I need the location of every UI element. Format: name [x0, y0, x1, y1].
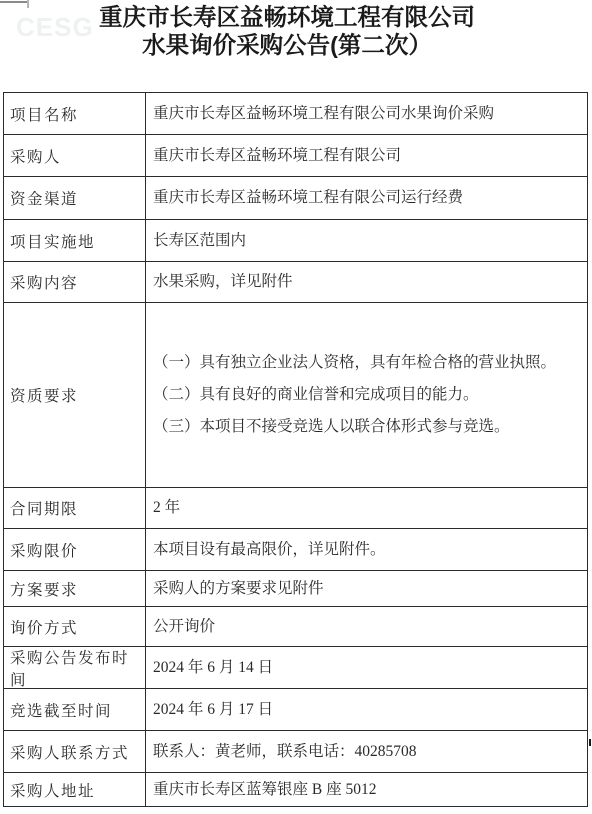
row-value: 重庆市长寿区益畅环境工程有限公司: [146, 135, 587, 176]
row-value: 公开询价: [146, 607, 587, 646]
row-value: 重庆市长寿区益畅环境工程有限公司运行经费: [146, 177, 587, 219]
table-row: 方案要求 采购人的方案要求见附件: [4, 571, 587, 607]
row-value-line: 重庆市长寿区益畅环境工程有限公司运行经费: [153, 182, 587, 214]
page-title-line2: 水果询价采购公告(第二次）: [0, 31, 574, 59]
row-label: 合同期限: [4, 488, 146, 528]
right-edge-artifact: [589, 739, 591, 746]
row-value: 本项目设有最高限价，详见附件。: [146, 529, 587, 570]
table-row: 资金渠道 重庆市长寿区益畅环境工程有限公司运行经费: [4, 177, 587, 220]
table-row: 采购人联系方式 联系人：黄老师，联系电话：40285708: [4, 731, 587, 773]
row-value-line: （三）本项目不接受竞选人以联合体形式参与竞选。: [153, 411, 587, 443]
table-row: 采购人 重庆市长寿区益畅环境工程有限公司: [4, 135, 587, 177]
row-value-line: 重庆市长寿区蓝筹银座 B 座 5012: [153, 774, 587, 806]
row-label: 询价方式: [4, 607, 146, 646]
page-title: 重庆市长寿区益畅环境工程有限公司 水果询价采购公告(第二次）: [0, 3, 574, 59]
row-value-line: 本项目设有最高限价，详见附件。: [153, 534, 587, 566]
row-value-line: 水果采购，详见附件: [153, 266, 587, 298]
announcement-table: 项目名称 重庆市长寿区益畅环境工程有限公司水果询价采购 采购人 重庆市长寿区益畅…: [3, 92, 588, 807]
table-row: 项目名称 重庆市长寿区益畅环境工程有限公司水果询价采购: [4, 93, 587, 135]
row-value: 采购人的方案要求见附件: [146, 571, 587, 606]
row-value: 2024 年 6 月 17 日: [146, 689, 587, 730]
row-value: 联系人：黄老师，联系电话：40285708: [146, 731, 587, 772]
row-label: 采购公告发布时间: [4, 647, 146, 688]
row-label: 项目实施地: [4, 220, 146, 261]
row-label: 竞选截至时间: [4, 689, 146, 730]
table-row: 采购内容 水果采购，详见附件: [4, 262, 587, 303]
row-label: 项目名称: [4, 93, 146, 134]
row-label: 采购限价: [4, 529, 146, 570]
row-value: 2024 年 6 月 14 日: [146, 647, 587, 688]
row-value: 水果采购，详见附件: [146, 262, 587, 302]
row-value-line: 公开询价: [153, 611, 587, 643]
table-row: 合同期限 2 年: [4, 488, 587, 529]
row-value-line: 重庆市长寿区益畅环境工程有限公司: [153, 140, 587, 172]
row-label: 方案要求: [4, 571, 146, 606]
row-value-line: 2024 年 6 月 14 日: [153, 652, 587, 684]
table-row: 资质要求 （一）具有独立企业法人资格，具有年检合格的营业执照。（二）具有良好的商…: [4, 303, 587, 488]
table-row: 采购公告发布时间 2024 年 6 月 14 日: [4, 647, 587, 689]
row-value-line: 采购人的方案要求见附件: [153, 573, 587, 605]
page-title-line1: 重庆市长寿区益畅环境工程有限公司: [0, 3, 574, 31]
row-value: 重庆市长寿区益畅环境工程有限公司水果询价采购: [146, 93, 587, 134]
row-value-line: 重庆市长寿区益畅环境工程有限公司水果询价采购: [153, 98, 587, 130]
row-value-line: 2 年: [153, 492, 587, 524]
row-value-line: （一）具有独立企业法人资格，具有年检合格的营业执照。: [153, 347, 587, 379]
row-label: 采购人地址: [4, 773, 146, 806]
table-row: 竞选截至时间 2024 年 6 月 17 日: [4, 689, 587, 731]
row-value: 长寿区范围内: [146, 220, 587, 261]
row-value-line: （二）具有良好的商业信誉和完成项目的能力。: [153, 379, 587, 411]
row-label: 采购人联系方式: [4, 731, 146, 772]
row-value-line: 2024 年 6 月 17 日: [153, 694, 587, 726]
row-value: （一）具有独立企业法人资格，具有年检合格的营业执照。（二）具有良好的商业信誉和完…: [146, 303, 587, 487]
table-row: 项目实施地 长寿区范围内: [4, 220, 587, 262]
row-value: 重庆市长寿区蓝筹银座 B 座 5012: [146, 773, 587, 806]
row-value: 2 年: [146, 488, 587, 528]
row-label: 资质要求: [4, 303, 146, 487]
table-row: 询价方式 公开询价: [4, 607, 587, 647]
row-value-line: 长寿区范围内: [153, 225, 587, 257]
row-value-line: 联系人：黄老师，联系电话：40285708: [153, 736, 587, 768]
row-label: 采购内容: [4, 262, 146, 302]
table-row: 采购限价 本项目设有最高限价，详见附件。: [4, 529, 587, 571]
row-label: 资金渠道: [4, 177, 146, 219]
row-label: 采购人: [4, 135, 146, 176]
table-row: 采购人地址 重庆市长寿区蓝筹银座 B 座 5012: [4, 773, 587, 806]
